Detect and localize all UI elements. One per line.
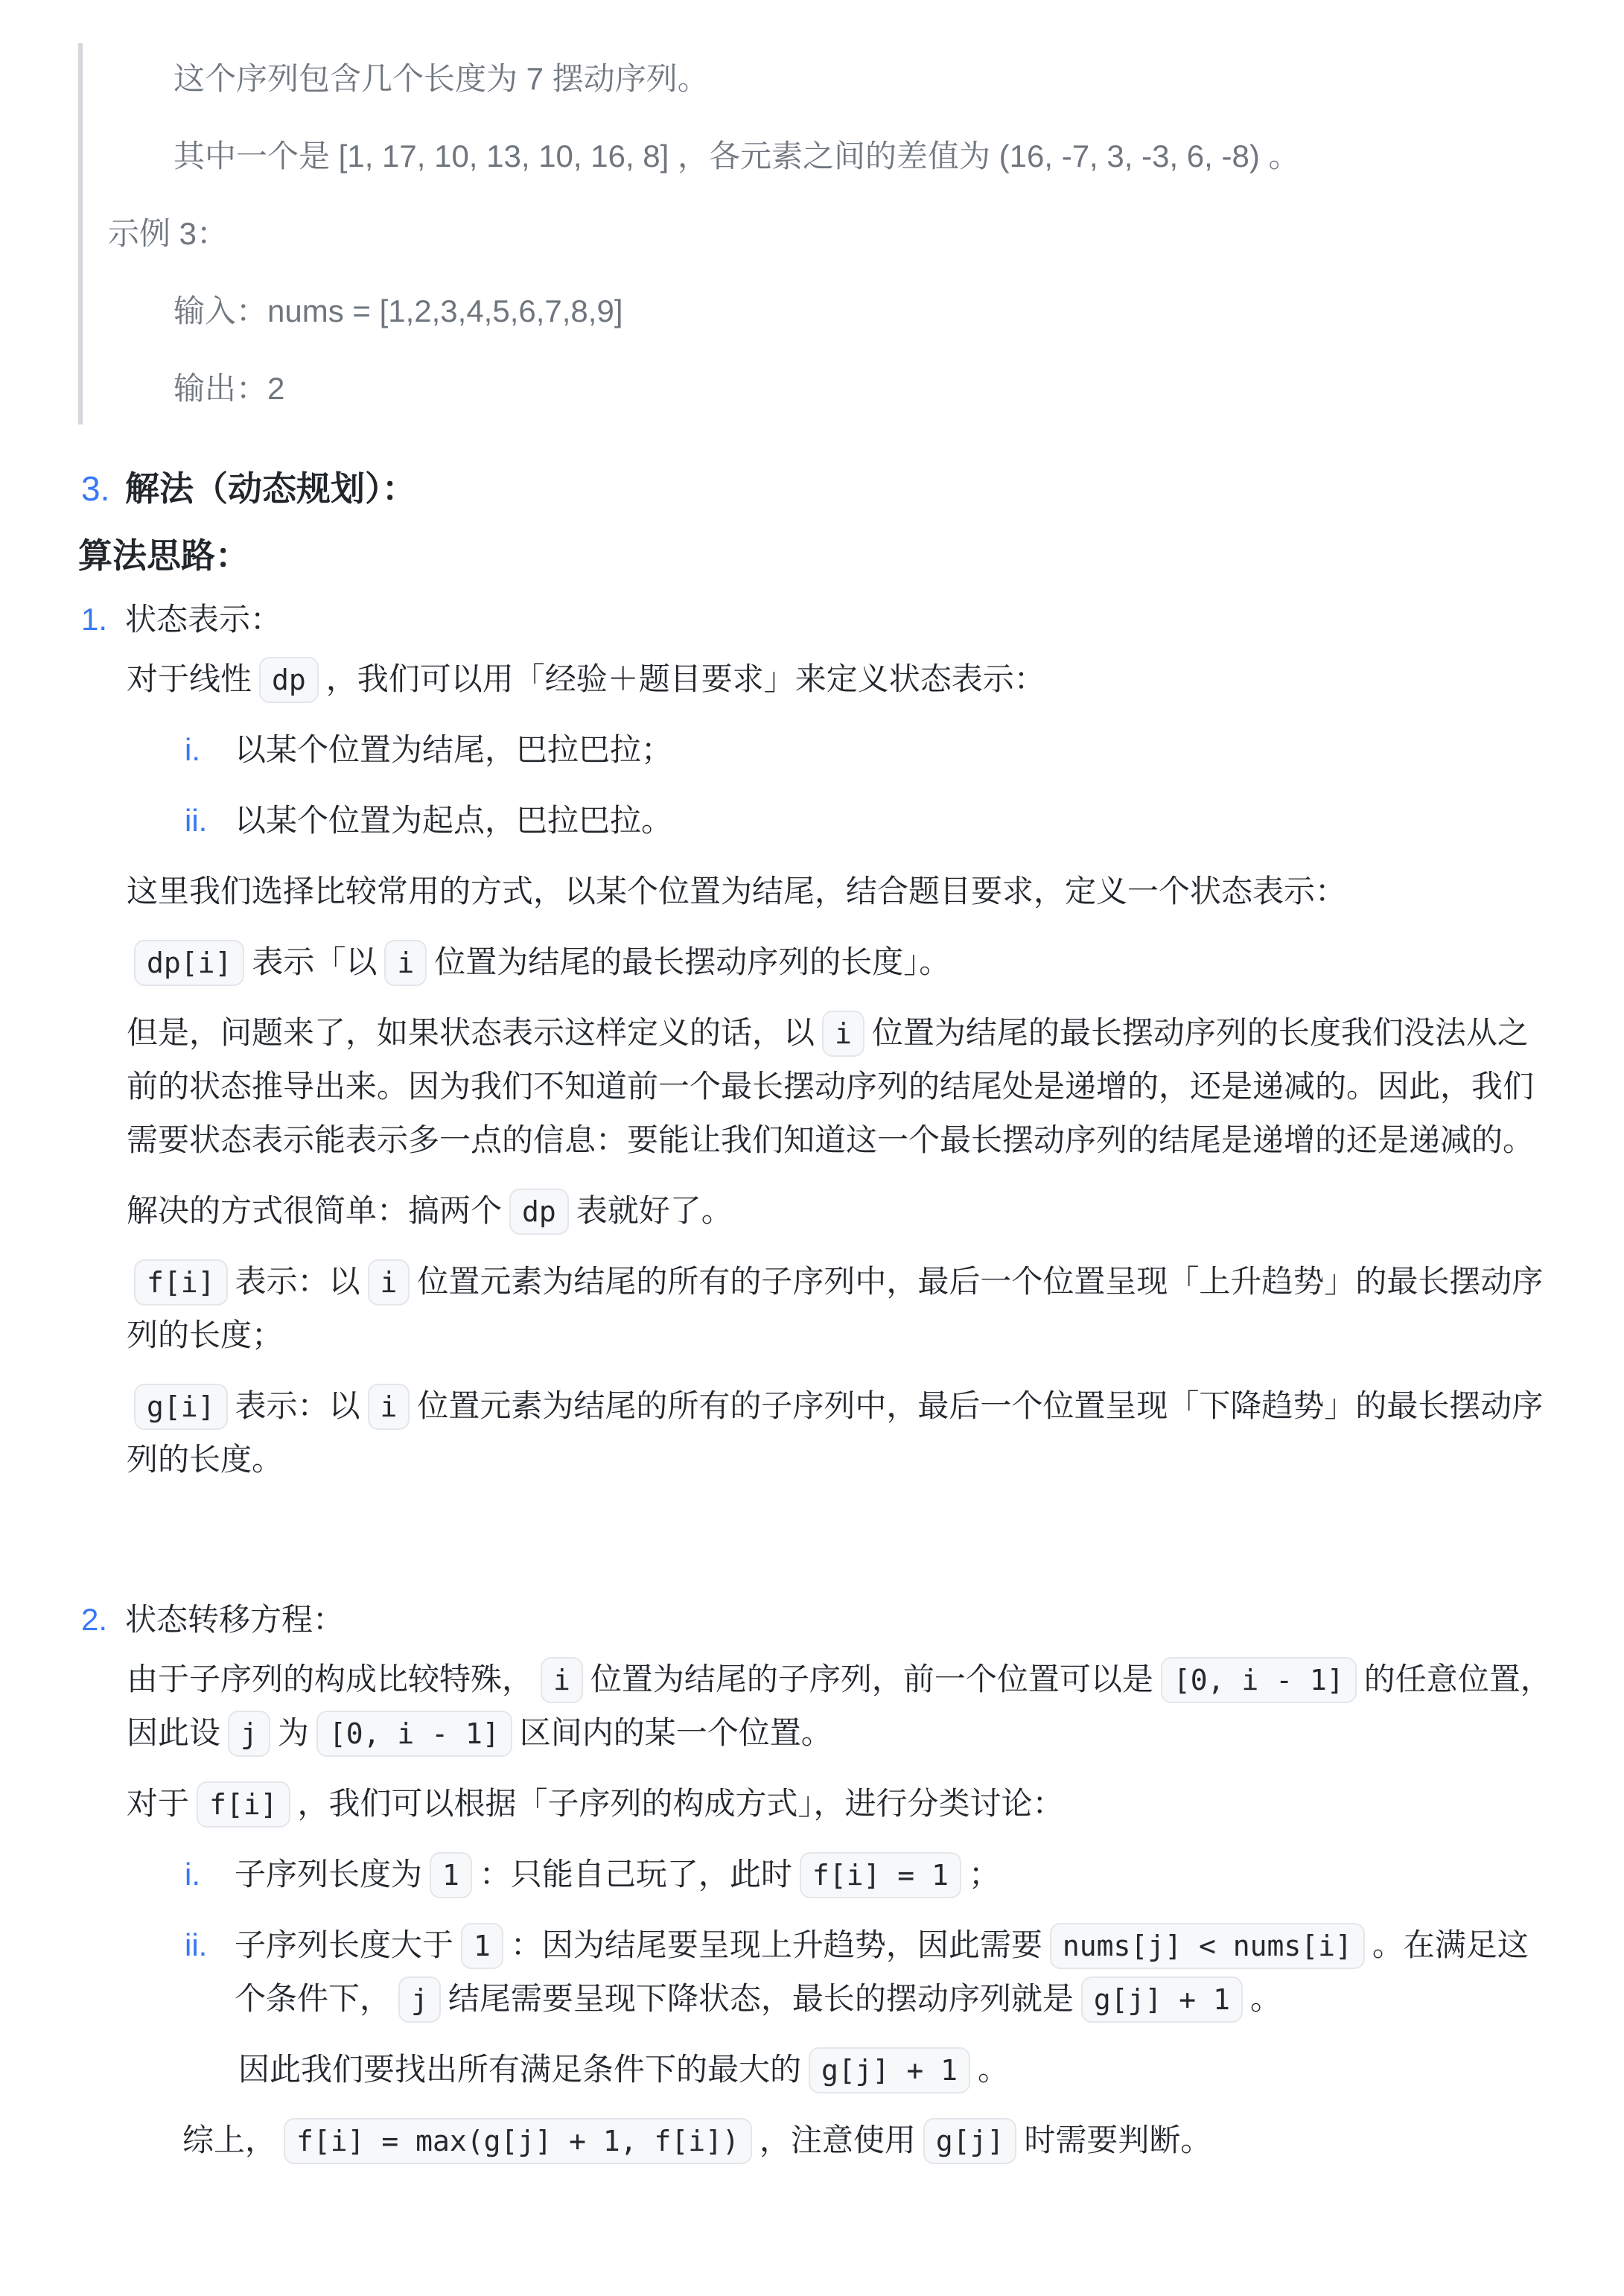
list-number: 2. xyxy=(81,1593,107,1647)
list-item-text: 状态表示： xyxy=(125,602,281,637)
inline-code: i xyxy=(368,1384,410,1430)
text-run: 表示：以 xyxy=(235,1388,360,1423)
paragraph: 这里我们选择比较常用的方式，以某个位置为结尾，结合题目要求，定义一个状态表示： xyxy=(127,865,1553,918)
list-item-text: 解法（动态规划）： xyxy=(125,469,416,508)
text-run: 位置为结尾的最长摆动序列的长度」。 xyxy=(434,944,950,979)
paragraph: 但是，问题来了，如果状态表示这样定义的话，以i位置为结尾的最长摆动序列的长度我们… xyxy=(127,1006,1553,1167)
inline-code: f[i] xyxy=(197,1781,290,1828)
inline-code: dp xyxy=(509,1189,569,1235)
text-run: 综上， xyxy=(182,2122,276,2157)
inline-code: f[i] xyxy=(134,1259,228,1306)
roman-list-number: i. xyxy=(185,1848,200,1901)
text-run: 这里我们选择比较常用的方式，以某个位置为结尾，结合题目要求，定义一个状态表示： xyxy=(127,874,1346,909)
inline-code: g[i] xyxy=(134,1384,228,1430)
quote-line: 其中一个是 [1, 17, 10, 13, 10, 16, 8] ，各元素之间的… xyxy=(173,130,1553,183)
paragraph: 由于子序列的构成比较特殊，i位置为结尾的子序列，前一个位置可以是[0, i - … xyxy=(127,1653,1553,1760)
paragraph: g[i]表示：以i位置元素为结尾的所有的子序列中，最后一个位置呈现「下降趋势」的… xyxy=(127,1379,1553,1486)
text-run: 时需要判断。 xyxy=(1024,2122,1211,2157)
paragraph: dp[i]表示「以i位置为结尾的最长摆动序列的长度」。 xyxy=(127,935,1553,989)
inline-code: g[j] + 1 xyxy=(809,2047,970,2093)
example-blockquote: 这个序列包含几个长度为 7 摆动序列。其中一个是 [1, 17, 10, 13,… xyxy=(78,43,1553,424)
inline-code: dp[i] xyxy=(134,940,244,986)
quote-line: 示例 3： xyxy=(108,207,1553,261)
inline-code: i xyxy=(384,940,427,986)
text-run: 为 xyxy=(278,1715,309,1750)
section-heading: 算法思路： xyxy=(78,526,1553,585)
text-run: 由于子序列的构成比较特殊， xyxy=(127,1661,533,1696)
ordered-list-item: 1.状态表示： xyxy=(78,593,1553,646)
article-body: 3.解法（动态规划）：算法思路：1.状态表示：对于线性dp，我们可以用「经验＋题… xyxy=(78,459,1553,2167)
roman-list-item: ii.以某个位置为起点，巴拉巴拉。 xyxy=(127,794,1553,848)
quote-line: 输入：nums = [1,2,3,4,5,6,7,8,9] xyxy=(173,284,1553,338)
inline-code: dp xyxy=(259,657,319,703)
text-run: ，我们可以用「经验＋题目要求」来定义状态表示： xyxy=(326,661,1045,696)
inline-code: 1 xyxy=(430,1852,472,1898)
list-item-text: 状态转移方程： xyxy=(125,1602,344,1637)
text-run: 示例 3： xyxy=(108,216,228,251)
list-number: 3. xyxy=(81,459,109,518)
text-run: 子序列长度大于 xyxy=(235,1927,453,1962)
text-run: 表就好了。 xyxy=(576,1193,733,1228)
text-run: 区间内的某一个位置。 xyxy=(520,1715,832,1750)
spacer xyxy=(78,1504,1553,1593)
text-run: 但是，问题来了，如果状态表示这样定义的话，以 xyxy=(127,1015,815,1050)
list-number: 1. xyxy=(81,593,107,646)
text-run: 位置为结尾的子序列，前一个位置可以是 xyxy=(590,1661,1153,1696)
text-run: 输出：2 xyxy=(173,371,284,406)
inline-code: j xyxy=(228,1711,270,1757)
roman-list-item: i.以某个位置为结尾，巴拉巴拉； xyxy=(127,723,1553,777)
roman-list-item: ii.子序列长度大于1：因为结尾要呈现上升趋势，因此需要nums[j] < nu… xyxy=(127,1918,1553,2026)
paragraph: f[i]表示：以i位置元素为结尾的所有的子序列中，最后一个位置呈现「上升趋势」的… xyxy=(127,1255,1553,1362)
nested-paragraph: 因此我们要找出所有满足条件下的最大的g[j] + 1。 xyxy=(238,2043,1553,2096)
text-run: 这个序列包含几个长度为 7 摆动序列。 xyxy=(173,61,709,96)
text-run: 其中一个是 [1, 17, 10, 13, 10, 16, 8] ，各元素之间的… xyxy=(173,139,1299,174)
inline-code: g[j] + 1 xyxy=(1081,1977,1243,2023)
inline-code: i xyxy=(541,1657,583,1703)
ordered-list-item: 2.状态转移方程： xyxy=(78,1593,1553,1647)
inline-code: j xyxy=(398,1977,441,2023)
inline-code: f[i] = 1 xyxy=(800,1852,961,1898)
text-run: ：因为结尾要呈现上升趋势，因此需要 xyxy=(511,1927,1042,1962)
text-run: 子序列长度为 xyxy=(235,1857,422,1892)
paragraph: 对于f[i]，我们可以根据「子序列的构成方式」，进行分类讨论： xyxy=(127,1777,1553,1831)
text-run: ； xyxy=(969,1857,1000,1892)
list-item-text: 子序列长度大于1：因为结尾要呈现上升趋势，因此需要nums[j] < nums[… xyxy=(235,1927,1529,2016)
text-run: 输入：nums = [1,2,3,4,5,6,7,8,9] xyxy=(173,293,622,328)
quote-line: 输出：2 xyxy=(173,362,1553,416)
text-run: 。 xyxy=(978,2052,1009,2087)
text-run: 以某个位置为起点，巴拉巴拉。 xyxy=(235,803,672,838)
text-run: 解决的方式很简单：搞两个 xyxy=(127,1193,502,1228)
text-run: 对于 xyxy=(127,1786,189,1821)
text-run: 表示「以 xyxy=(252,944,377,979)
inline-code: i xyxy=(368,1259,410,1306)
text-run: 以某个位置为结尾，巴拉巴拉； xyxy=(235,732,672,767)
list-item-text: 以某个位置为结尾，巴拉巴拉； xyxy=(235,732,672,767)
inline-code: [0, i - 1] xyxy=(1161,1657,1357,1703)
list-item-text: 以某个位置为起点，巴拉巴拉。 xyxy=(235,803,672,838)
text-run: 表示：以 xyxy=(235,1264,360,1299)
paragraph: 解决的方式很简单：搞两个dp表就好了。 xyxy=(127,1184,1553,1238)
text-run: 算法思路： xyxy=(78,536,249,575)
text-run: ，我们可以根据「子序列的构成方式」，进行分类讨论： xyxy=(298,1786,1064,1821)
inline-code: g[j] xyxy=(923,2118,1017,2164)
ordered-list-item: 3.解法（动态规划）： xyxy=(78,459,1553,518)
inline-code: nums[j] < nums[i] xyxy=(1050,1923,1365,1969)
text-run: ：只能自己玩了，此时 xyxy=(480,1857,792,1892)
inline-code: 1 xyxy=(461,1923,503,1969)
text-run: 状态表示： xyxy=(125,602,281,637)
text-run: 对于线性 xyxy=(127,661,252,696)
text-run: 因此我们要找出所有满足条件下的最大的 xyxy=(238,2052,801,2087)
roman-list-number: ii. xyxy=(185,1918,207,1972)
inline-code: f[i] = max(g[j] + 1, f[i]) xyxy=(284,2118,752,2164)
roman-list-number: i. xyxy=(185,723,200,777)
quote-line: 这个序列包含几个长度为 7 摆动序列。 xyxy=(173,52,1553,106)
text-run: 解法（动态规划）： xyxy=(125,469,416,508)
paragraph: 对于线性dp，我们可以用「经验＋题目要求」来定义状态表示： xyxy=(127,652,1553,706)
text-run: 结尾需要呈现下降状态，最长的摆动序列就是 xyxy=(448,1981,1074,2016)
roman-list-number: ii. xyxy=(185,794,207,848)
text-run: 。 xyxy=(1250,1981,1281,2016)
list-item-text: 子序列长度为1：只能自己玩了，此时f[i] = 1； xyxy=(235,1857,1000,1892)
roman-list-item: i.子序列长度为1：只能自己玩了，此时f[i] = 1； xyxy=(127,1848,1553,1901)
summary-paragraph: 综上，f[i] = max(g[j] + 1, f[i])，注意使用g[j]时需… xyxy=(182,2114,1553,2167)
text-run: ，注意使用 xyxy=(760,2122,916,2157)
inline-code: i xyxy=(822,1011,864,1057)
text-run: 状态转移方程： xyxy=(125,1602,344,1637)
article: 这个序列包含几个长度为 7 摆动序列。其中一个是 [1, 17, 10, 13,… xyxy=(0,0,1624,2167)
inline-code: [0, i - 1] xyxy=(316,1711,512,1757)
